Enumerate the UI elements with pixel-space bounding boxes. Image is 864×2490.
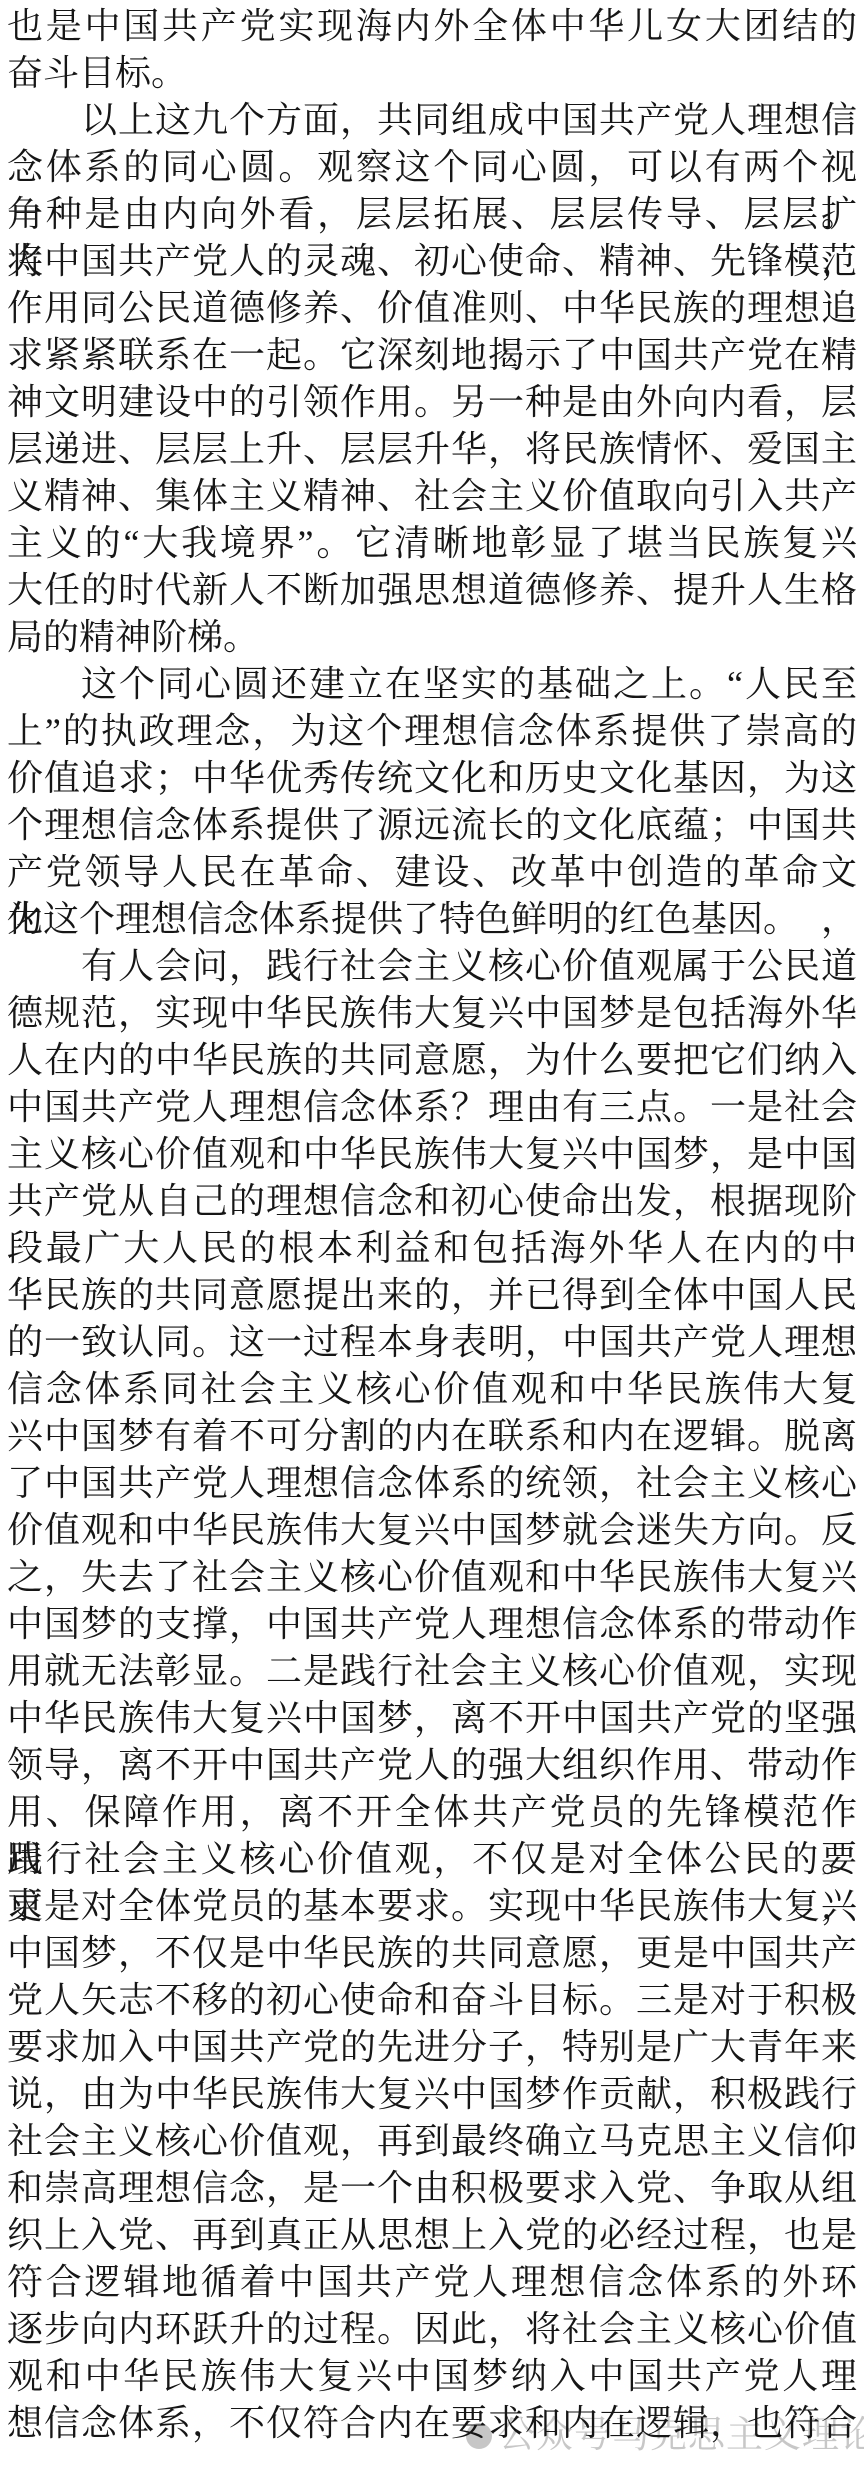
text-line: 也是中国共产党实现海内外全体中华儿女大团结的 [7, 3, 857, 50]
text-line: 兴中国梦有着不可分割的内在联系和内在逻辑。脱离 [7, 1413, 857, 1460]
text-line: 的一致认同。这一过程本身表明，中国共产党人理想 [7, 1319, 857, 1366]
text-line: 主义核心价值观和中华民族伟大复兴中国梦，是中国 [7, 1131, 857, 1178]
text-line: 价值追求；中华优秀传统文化和历史文化基因，为这 [7, 755, 857, 802]
text-line: 社会主义核心价值观，再到最终确立马克思主义信仰 [7, 2118, 857, 2165]
paragraph: 以上这九个方面，共同组成中国共产党人理想信念体系的同心圆。观察这个同心圆，可以有… [7, 97, 857, 661]
text-line: 中国共产党人理想信念体系？理由有三点。一是社会 [7, 1084, 857, 1131]
text-line: 用就无法彰显。二是践行社会主义核心价值观，实现 [7, 1648, 857, 1695]
text-line: 个理想信念体系提供了源远流长的文化底蕴；中国共 [7, 802, 857, 849]
text-line: 说，由为中华民族伟大复兴中国梦作贡献，积极践行 [7, 2071, 857, 2118]
text-column: 也是中国共产党实现海内外全体中华儿女大团结的奋斗目标。以上这九个方面，共同组成中… [0, 0, 864, 2447]
paragraph: 这个同心圆还建立在坚实的基础之上。“人民至上”的执政理念，为这个理想信念体系提供… [7, 661, 857, 943]
text-line: 德规范，实现中华民族伟大复兴中国梦是包括海外华 [7, 990, 857, 1037]
text-line: 主义的“大我境界”。它清晰地彰显了堪当民族复兴 [7, 520, 857, 567]
text-line: 信念体系同社会主义核心价值观和中华民族伟大复 [7, 1366, 857, 1413]
text-line: 逐步向内环跃升的过程。因此，将社会主义核心价值 [7, 2306, 857, 2353]
text-line: 观和中华民族伟大复兴中国梦纳入中国共产党人理 [7, 2353, 857, 2400]
document-page: 公众号马克思主义理论 也是中国共产党实现海内外全体中华儿女大团结的奋斗目标。以上… [0, 0, 864, 2490]
text-line: 产党领导人民在革命、建设、改革中创造的革命文化， [7, 849, 857, 896]
paragraph: 也是中国共产党实现海内外全体中华儿女大团结的奋斗目标。 [7, 3, 857, 97]
text-line: 想信念体系，不仅符合内在要求和内在逻辑，也符合 [7, 2400, 857, 2447]
text-line: 念体系的同心圆。观察这个同心圆，可以有两个视角。 [7, 144, 857, 191]
paragraph: 有人会问，践行社会主义核心价值观属于公民道德规范，实现中华民族伟大复兴中国梦是包… [7, 943, 857, 2447]
text-line: 段最广大人民的根本利益和包括海外华人在内的中 [7, 1225, 857, 1272]
text-line: 层递进、层层上升、层层升华，将民族情怀、爱国主 [7, 426, 857, 473]
text-line: 有人会问，践行社会主义核心价值观属于公民道 [7, 943, 857, 990]
text-line: 为这个理想信念体系提供了特色鲜明的红色基因。 [7, 896, 857, 943]
text-line: 织上入党、再到真正从思想上入党的必经过程，也是 [7, 2212, 857, 2259]
text-line: 义精神、集体主义精神、社会主义价值取向引入共产 [7, 473, 857, 520]
text-line: 和崇高理想信念，是一个由积极要求入党、争取从组 [7, 2165, 857, 2212]
text-line: 价值观和中华民族伟大复兴中国梦就会迷失方向。反 [7, 1507, 857, 1554]
text-line: 局的精神阶梯。 [7, 614, 857, 661]
text-line: 了中国共产党人理想信念体系的统领，社会主义核心 [7, 1460, 857, 1507]
text-line: 上”的执政理念，为这个理想信念体系提供了崇高的 [7, 708, 857, 755]
text-line: 要求加入中国共产党的先进分子，特别是广大青年来 [7, 2024, 857, 2071]
text-line: 共产党从自己的理想信念和初心使命出发，根据现阶 [7, 1178, 857, 1225]
text-line: 之，失去了社会主义核心价值观和中华民族伟大复兴 [7, 1554, 857, 1601]
text-line: 神文明建设中的引领作用。另一种是由外向内看，层 [7, 379, 857, 426]
text-line: 中国梦的支撑，中国共产党人理想信念体系的带动作 [7, 1601, 857, 1648]
text-line: 奋斗目标。 [7, 50, 857, 97]
text-line: 人在内的中华民族的共同意愿，为什么要把它们纳入 [7, 1037, 857, 1084]
text-line: 领导，离不开中国共产党人的强大组织作用、带动作 [7, 1742, 857, 1789]
text-line: 求紧紧联系在一起。它深刻地揭示了中国共产党在精 [7, 332, 857, 379]
text-line: 中国梦，不仅是中华民族的共同意愿，更是中国共产 [7, 1930, 857, 1977]
text-line: 大任的时代新人不断加强思想道德修养、提升人生格 [7, 567, 857, 614]
text-line: 中华民族伟大复兴中国梦，离不开中国共产党的坚强 [7, 1695, 857, 1742]
text-line: 将中国共产党人的灵魂、初心使命、精神、先锋模范 [7, 238, 857, 285]
text-line: 党人矢志不移的初心使命和奋斗目标。三是对于积极 [7, 1977, 857, 2024]
text-line: 华民族的共同意愿提出来的，并已得到全体中国人民 [7, 1272, 857, 1319]
text-line: 用、保障作用，离不开全体共产党员的先锋模范作用。 [7, 1789, 857, 1836]
text-line: 这个同心圆还建立在坚实的基础之上。“人民至 [7, 661, 857, 708]
text-line: 符合逻辑地循着中国共产党人理想信念体系的外环 [7, 2259, 857, 2306]
text-line: 践行社会主义核心价值观，不仅是对全体公民的要求， [7, 1836, 857, 1883]
text-line: 一种是由内向外看，层层拓展、层层传导、层层扩大， [7, 191, 857, 238]
text-line: 更是对全体党员的基本要求。实现中华民族伟大复兴 [7, 1883, 857, 1930]
text-line: 以上这九个方面，共同组成中国共产党人理想信 [7, 97, 857, 144]
text-line: 作用同公民道德修养、价值准则、中华民族的理想追 [7, 285, 857, 332]
